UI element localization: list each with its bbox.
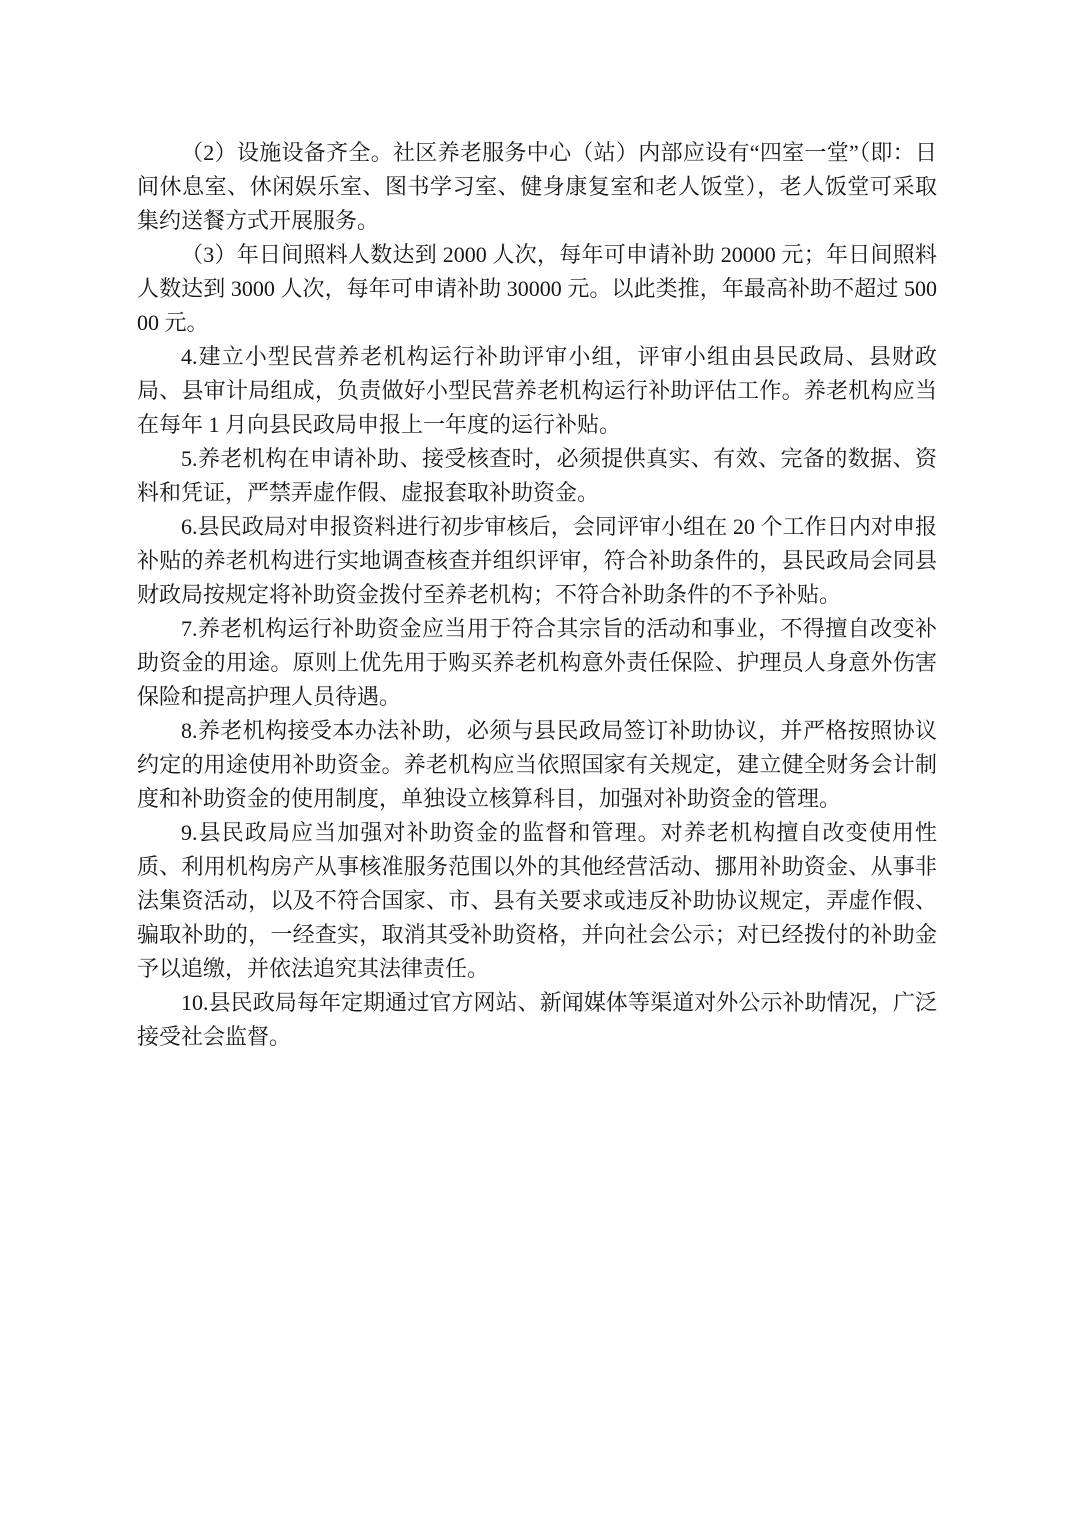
paragraph-daycare-subsidy-amounts: （3）年日间照料人数达到 2000 人次，每年可申请补助 20000 元；年日间…	[137, 238, 937, 340]
paragraph-item-10-public-disclosure: 10.县民政局每年定期通过官方网站、新闻媒体等渠道对外公示补助情况，广泛接受社会…	[137, 986, 937, 1054]
paragraph-facilities: （2）设施设备齐全。社区养老服务中心（站）内部应设有“四室一堂”（即：日间休息室…	[137, 136, 937, 238]
document-page: （2）设施设备齐全。社区养老服务中心（站）内部应设有“四室一堂”（即：日间休息室…	[0, 0, 1074, 1520]
paragraph-item-8-subsidy-agreement: 8.养老机构接受本办法补助，必须与县民政局签订补助协议，并严格按照协议约定的用途…	[137, 714, 937, 816]
paragraph-item-5-truthful-data: 5.养老机构在申请补助、接受核查时，必须提供真实、有效、完备的数据、资料和凭证，…	[137, 442, 937, 510]
paragraph-item-9-supervision: 9.县民政局应当加强对补助资金的监督和管理。对养老机构擅自改变使用性质、利用机构…	[137, 816, 937, 986]
paragraph-item-4-review-group: 4.建立小型民营养老机构运行补助评审小组，评审小组由县民政局、县财政局、县审计局…	[137, 340, 937, 442]
paragraph-item-6-preliminary-review: 6.县民政局对申报资料进行初步审核后，会同评审小组在 20 个工作日内对申报补贴…	[137, 510, 937, 612]
document-body-text: （2）设施设备齐全。社区养老服务中心（站）内部应设有“四室一堂”（即：日间休息室…	[137, 136, 937, 1054]
paragraph-item-7-fund-usage: 7.养老机构运行补助资金应当用于符合其宗旨的活动和事业，不得擅自改变补助资金的用…	[137, 612, 937, 714]
